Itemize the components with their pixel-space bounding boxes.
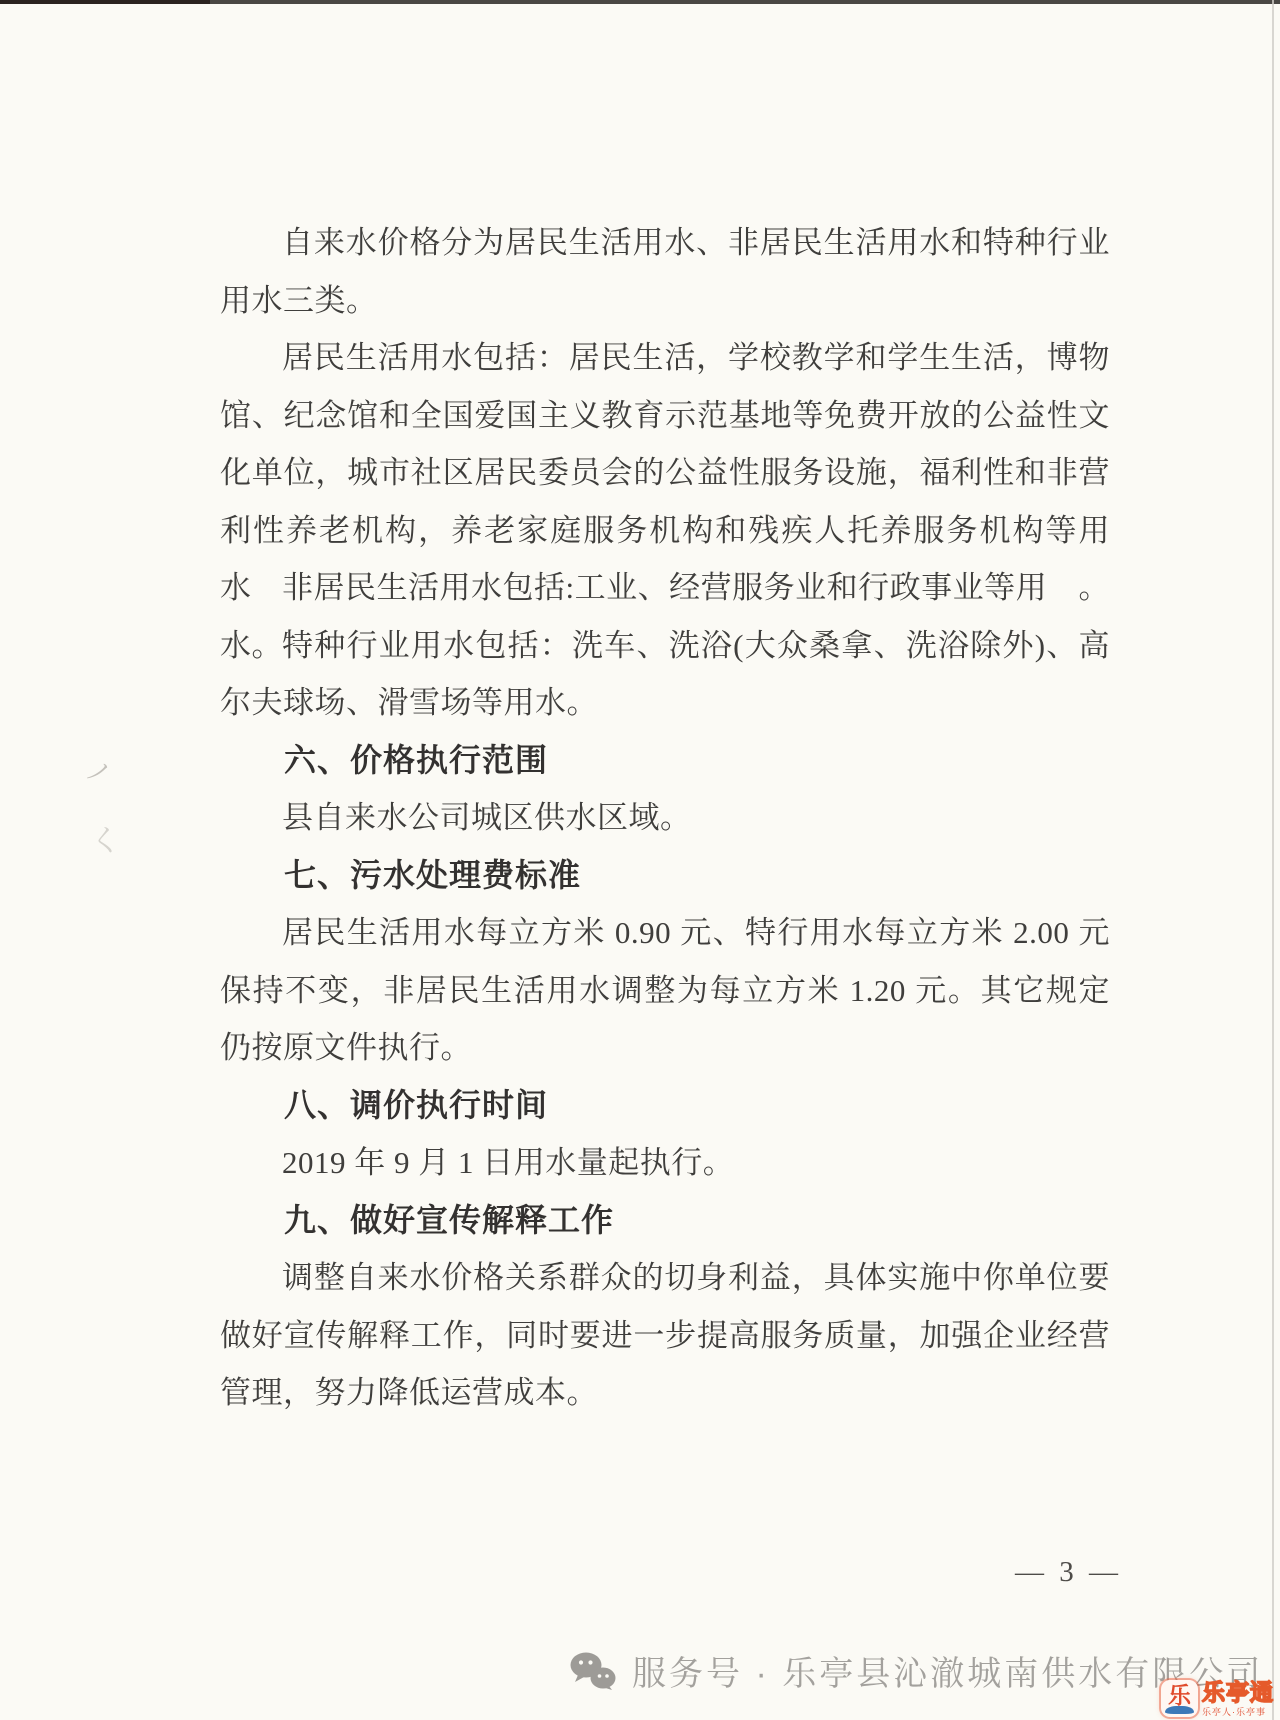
section-heading: 六、价格执行范围 — [220, 732, 1110, 790]
document-lines: 自来水价格分为居民生活用水、非居民生活用水和特种行业用水三类。居民生活用水包括：… — [220, 214, 1110, 1422]
document-line: 县自来水公司城区供水区域。 — [220, 789, 1110, 847]
app-logo-icon: 乐 — [1161, 1680, 1198, 1717]
pencil-mark: く — [88, 815, 122, 862]
pencil-mark: ノ — [81, 749, 117, 792]
service-account-watermark: 服务号 · 乐亭县沁澈城南供水有限公司 — [570, 1646, 1263, 1695]
section-heading: 九、做好宣传解释工作 — [220, 1192, 1110, 1250]
document-line: 居民生活用水每立方米 0.90 元、特行用水每立方米 2.00 元 — [220, 904, 1110, 962]
document-line: 管理，努力降低运营成本。 — [220, 1364, 1110, 1422]
document-line: 化单位，城市社区居民委员会的公益性服务设施，福利性和非营 — [220, 444, 1110, 502]
app-logo-glyph: 乐 — [1168, 1684, 1191, 1707]
app-tagline: 乐亭人·乐亭事 — [1202, 1705, 1266, 1718]
app-watermark: 乐 乐亭通 乐亭人·乐亭事 — [1161, 1680, 1274, 1718]
wechat-icon — [570, 1652, 616, 1690]
document-body: 自来水价格分为居民生活用水、非居民生活用水和特种行业用水三类。居民生活用水包括：… — [220, 214, 1110, 1422]
document-line: 仍按原文件执行。 — [220, 1019, 1110, 1077]
app-logo-wave — [1165, 1706, 1194, 1714]
page-number: — 3 — — [1015, 1556, 1122, 1589]
document-line: 尔夫球场、滑雪场等用水。 — [220, 674, 1110, 732]
scanned-document-page: ノ く 自来水价格分为居民生活用水、非居民生活用水和特种行业用水三类。居民生活用… — [0, 0, 1280, 1720]
section-heading: 七、污水处理费标准 — [220, 847, 1110, 905]
app-name: 乐亭通 — [1202, 1680, 1274, 1704]
document-line: 调整自来水价格关系群众的切身利益，具体实施中你单位要 — [220, 1249, 1110, 1307]
scan-top-edge — [0, 0, 1280, 4]
document-line: 用水三类。 — [220, 272, 1110, 330]
document-line: 利性养老机构，养老家庭服务机构和残疾人托养服务机构等用水。 — [220, 502, 1110, 560]
section-heading: 八、调价执行时间 — [220, 1077, 1110, 1135]
document-line: 2019 年 9 月 1 日用水量起执行。 — [220, 1134, 1110, 1192]
scan-right-edge-line — [1272, 0, 1274, 1720]
document-line: 非居民生活用水包括:工业、经营服务业和行政事业等用水。 — [220, 559, 1110, 617]
document-line: 特种行业用水包括：洗车、洗浴(大众桑拿、洗浴除外)、高 — [220, 617, 1110, 675]
document-line: 居民生活用水包括：居民生活，学校教学和学生生活，博物 — [220, 329, 1110, 387]
document-line: 馆、纪念馆和全国爱国主义教育示范基地等免费开放的公益性文 — [220, 387, 1110, 445]
document-line: 保持不变，非居民生活用水调整为每立方米 1.20 元。其它规定 — [220, 962, 1110, 1020]
document-line: 自来水价格分为居民生活用水、非居民生活用水和特种行业 — [220, 214, 1110, 272]
document-line: 做好宣传解释工作，同时要进一步提高服务质量，加强企业经营 — [220, 1307, 1110, 1365]
